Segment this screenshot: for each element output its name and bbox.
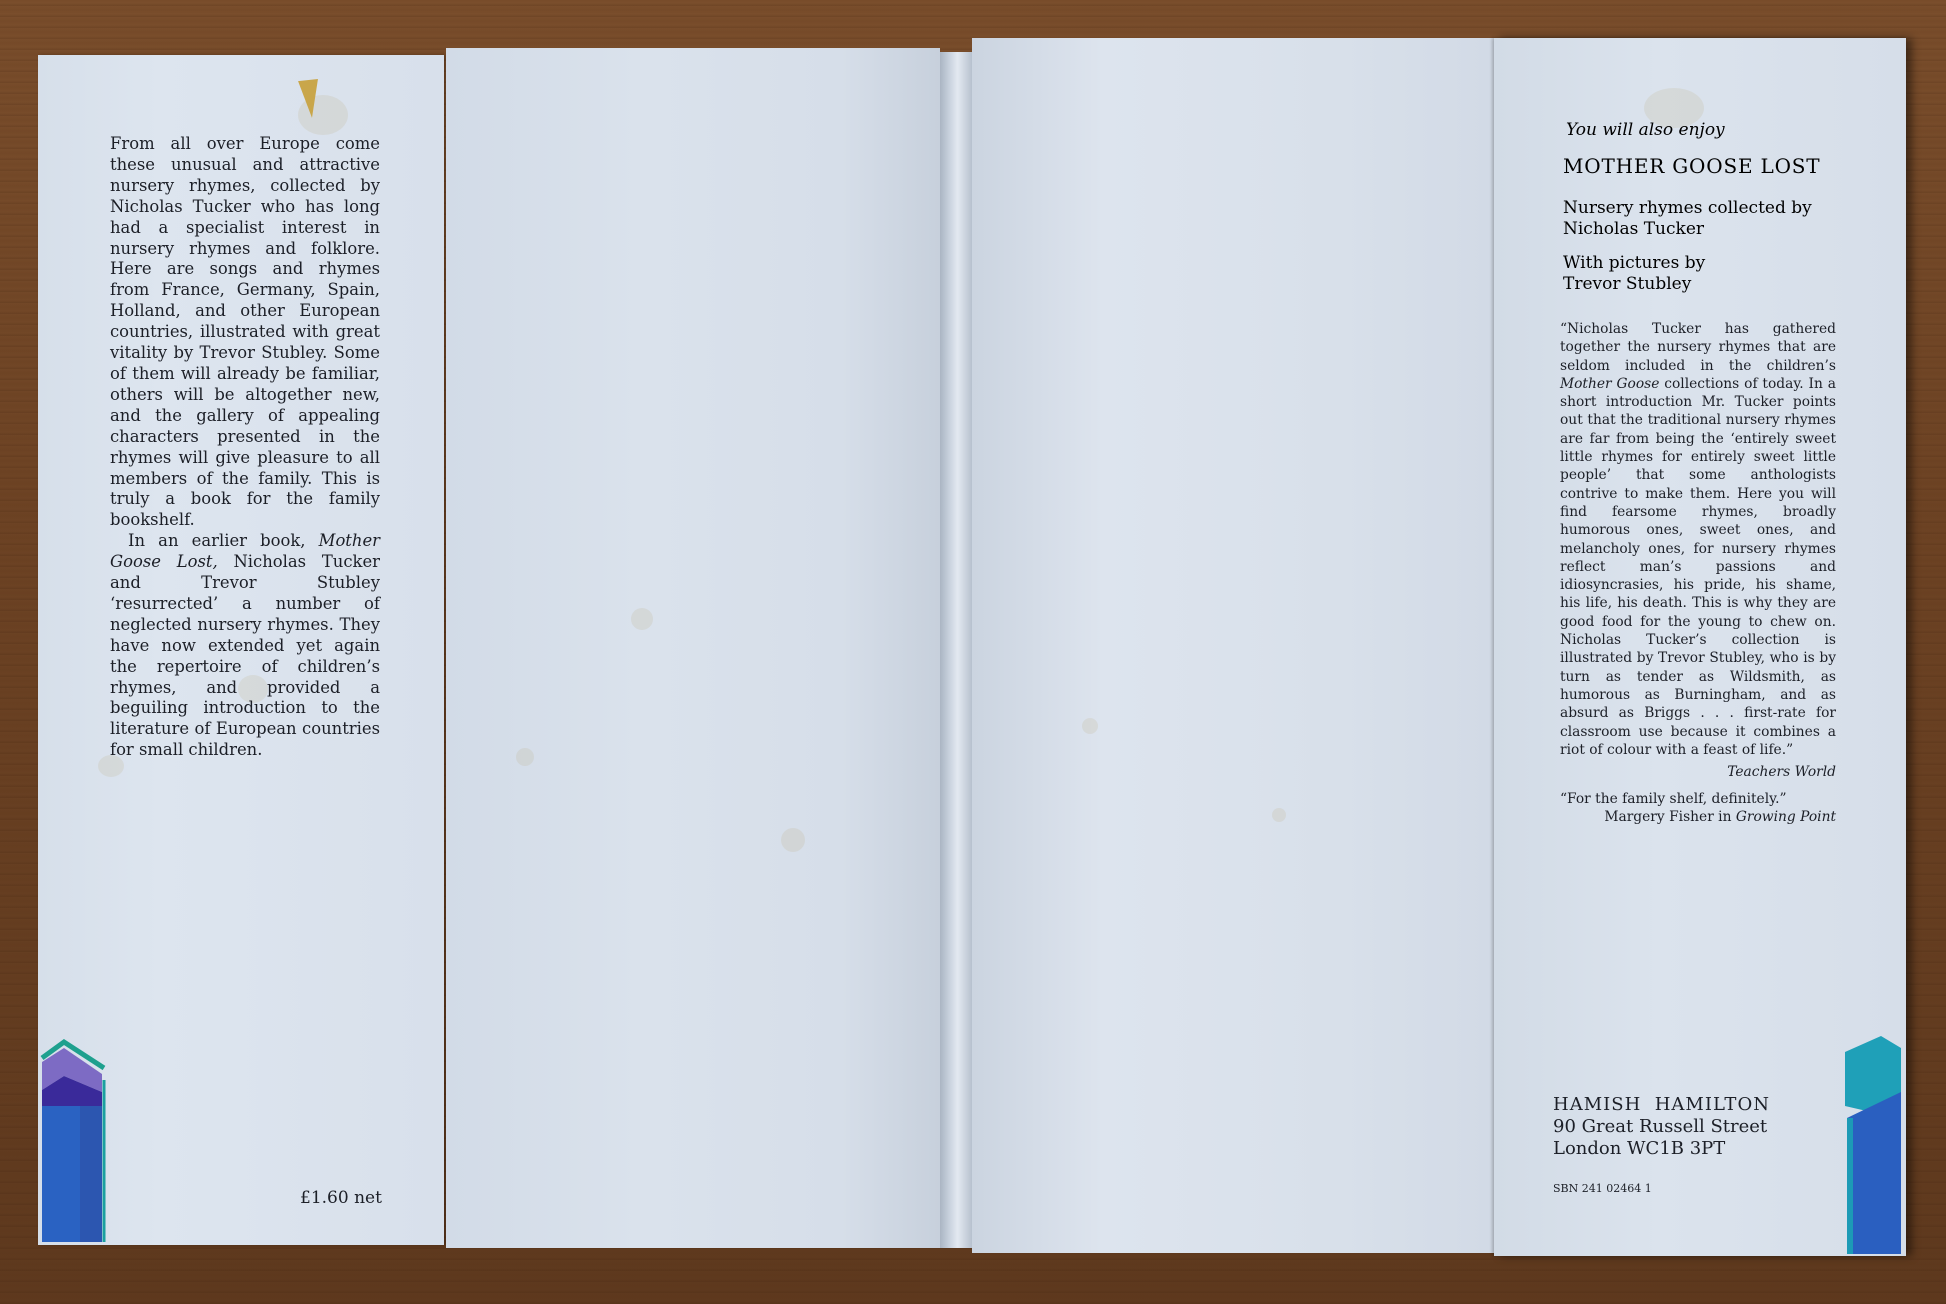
price-label: £1.60 net bbox=[300, 1188, 382, 1208]
book-title: MOTHER GOOSE LOST bbox=[1563, 154, 1820, 178]
sbn-number: SBN 241 02464 1 bbox=[1553, 1182, 1652, 1195]
blue-decoration-left bbox=[40, 1020, 110, 1245]
blue-decoration-right bbox=[1843, 1034, 1903, 1256]
review-source: Margery Fisher in Growing Point bbox=[1560, 808, 1836, 826]
dust-jacket: From all over Europe come these unusual … bbox=[0, 0, 1946, 1304]
inner-right-panel bbox=[972, 38, 1494, 1253]
also-enjoy-heading: You will also enjoy bbox=[1566, 120, 1725, 140]
blurb-paragraph-2: In an earlier book, Mother Goose Lost, N… bbox=[110, 531, 380, 761]
pictures-by: With pictures by Trevor Stubley bbox=[1563, 253, 1705, 295]
blurb-paragraph-1: From all over Europe come these unusual … bbox=[110, 134, 380, 531]
collected-by: Nursery rhymes collected by Nicholas Tuc… bbox=[1563, 198, 1812, 240]
left-flap-blurb: From all over Europe come these unusual … bbox=[110, 134, 380, 761]
review-source: Teachers World bbox=[1560, 763, 1836, 781]
publisher-address: HAMISH HAMILTON 90 Great Russell Street … bbox=[1553, 1094, 1770, 1160]
spine-fold bbox=[940, 52, 972, 1248]
inner-left-panel bbox=[446, 48, 940, 1248]
review-teachers-world: “Nicholas Tucker has gathered together t… bbox=[1560, 320, 1836, 781]
gold-sticker-mark bbox=[298, 79, 322, 119]
review-growing-point: “For the family shelf, definitely.” Marg… bbox=[1560, 790, 1836, 827]
